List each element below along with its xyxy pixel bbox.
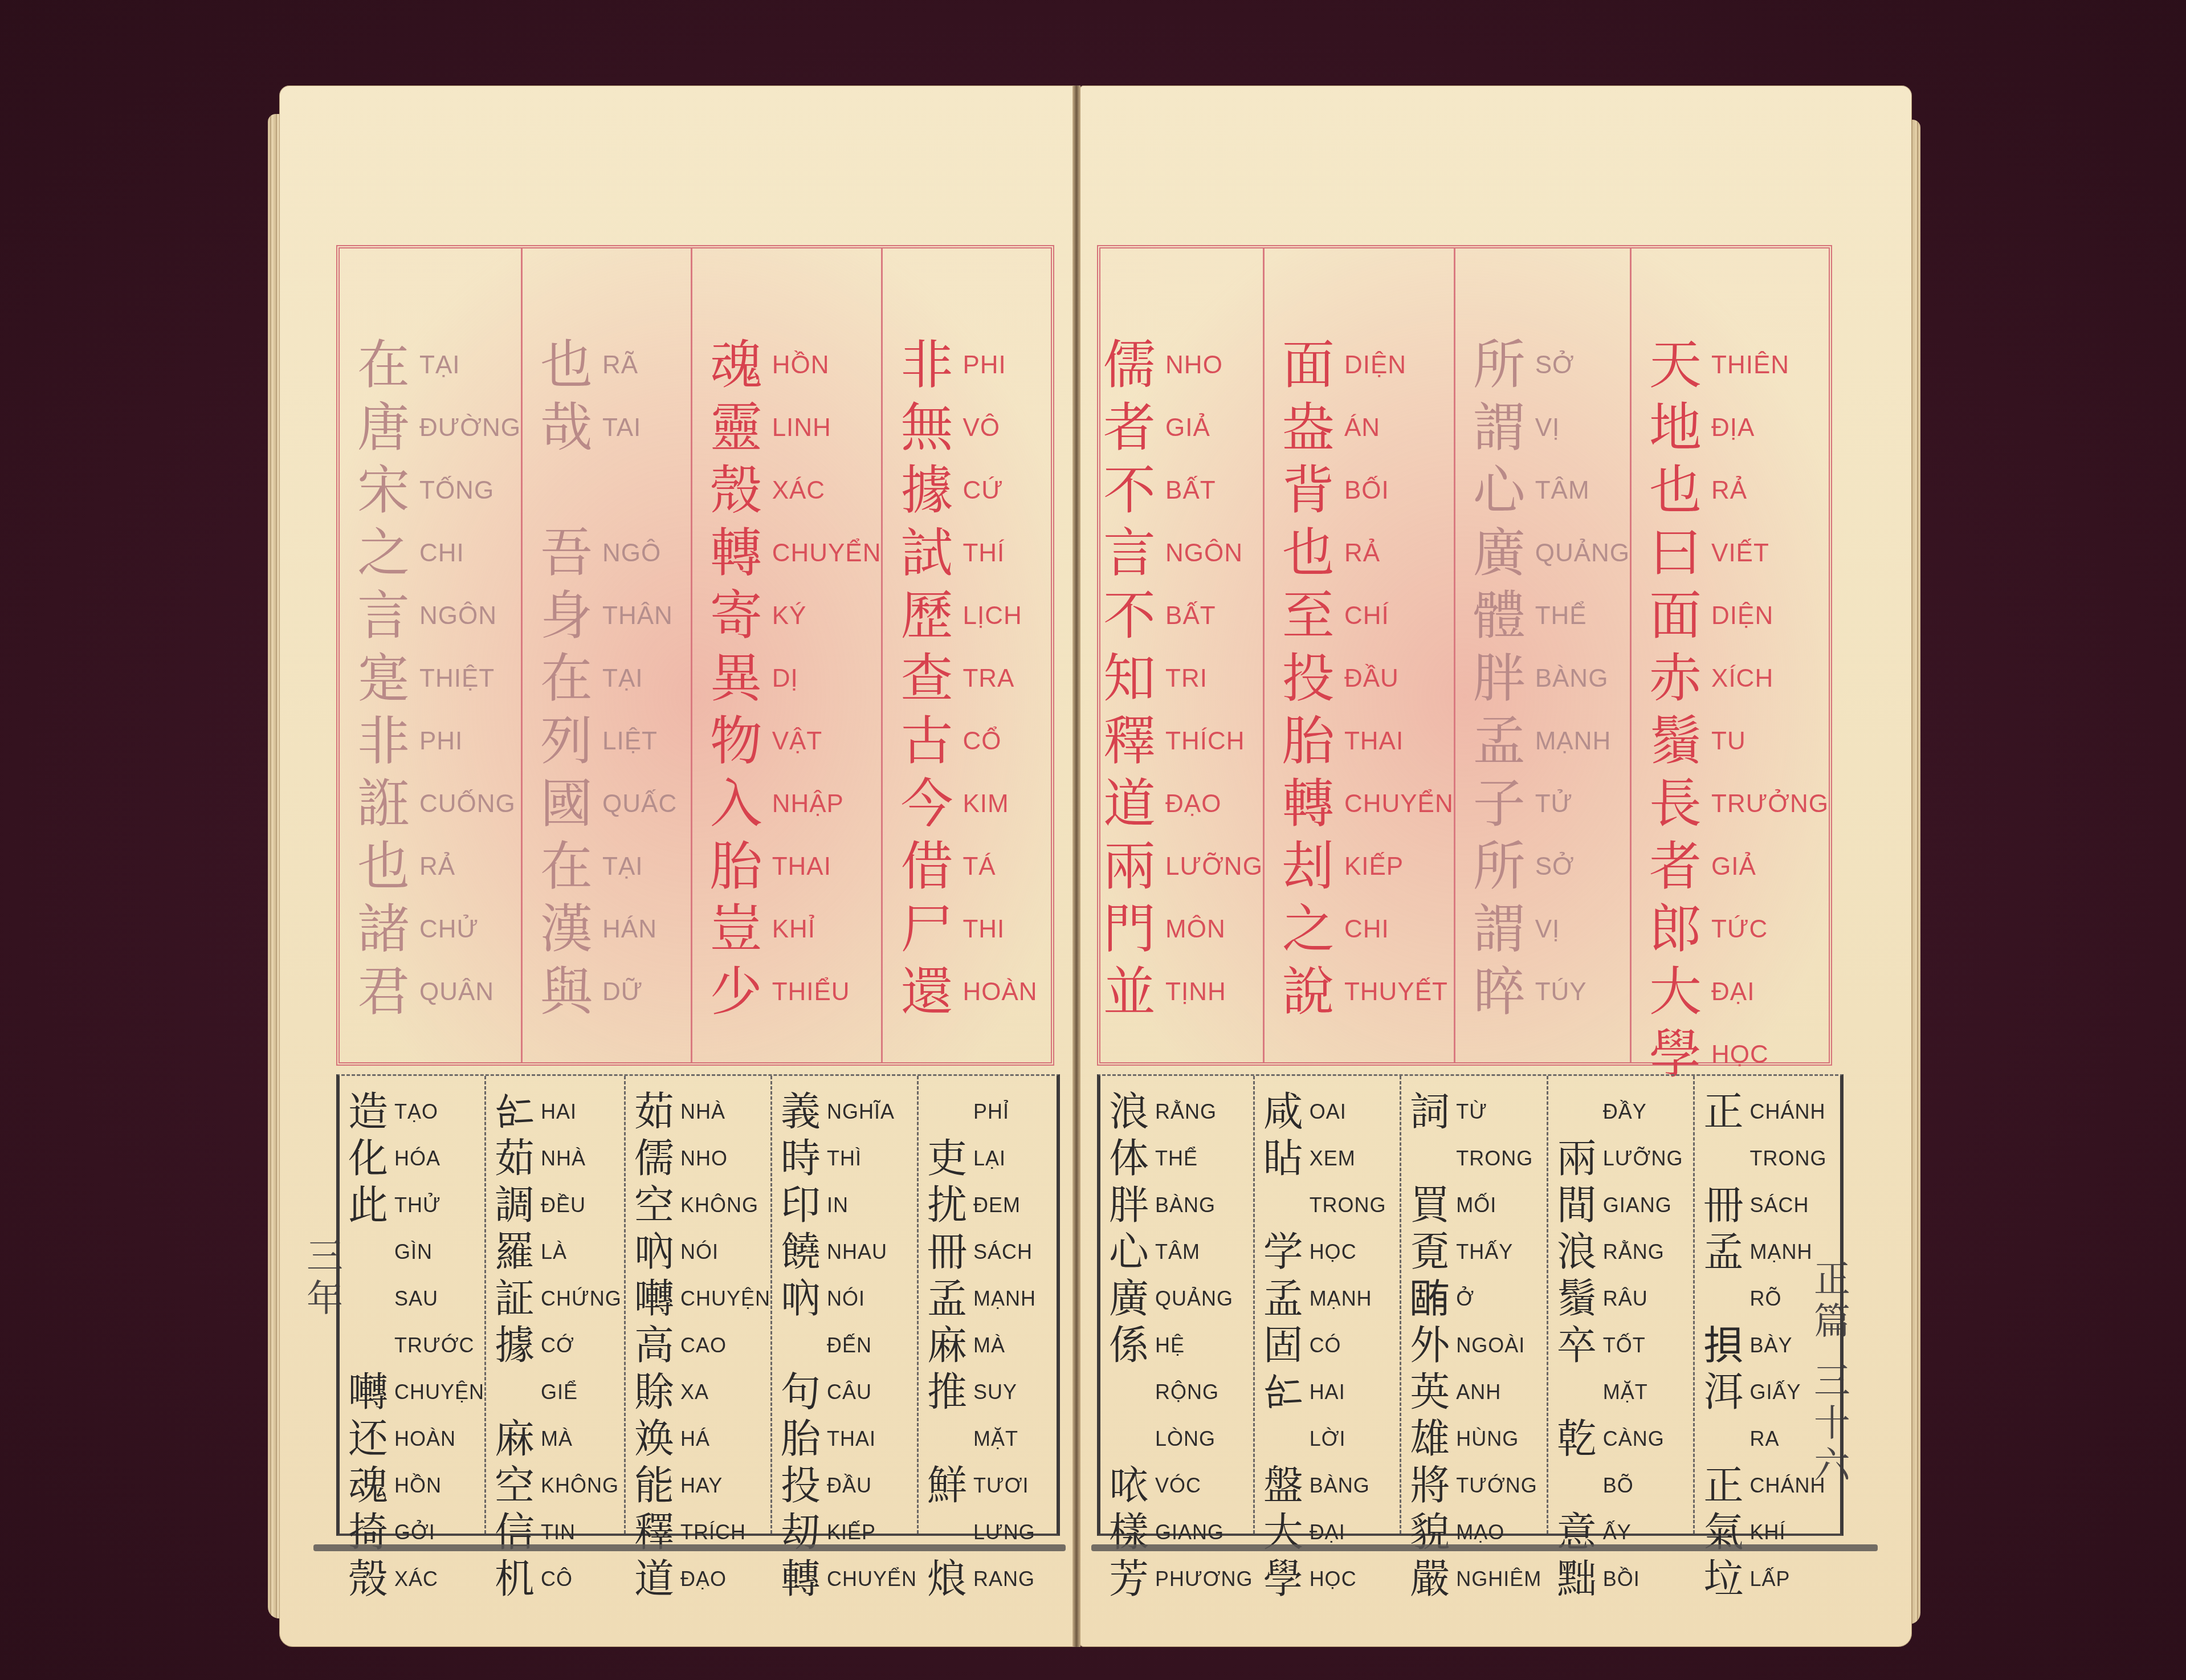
han-character: 盎	[1277, 402, 1340, 454]
left-lower-columns: 𦘺PHỈ吏LẠI扰ĐEM冊SÁCH孟MẠNH麻MÀ推SUY𩈘MẶT鮮TƯƠI𦝄L…	[340, 1076, 1057, 1534]
vietnamese-reading: VÔ	[963, 414, 1000, 442]
glyph-pair: 浪RẰNG	[1548, 1229, 1694, 1275]
vietnamese-reading: RÂU	[1603, 1287, 1648, 1311]
vietnamese-reading: TRƯỞNG	[1711, 790, 1829, 818]
vietnamese-reading: RANG	[973, 1567, 1035, 1591]
han-character: 𠚢	[1699, 1419, 1747, 1459]
vietnamese-reading: ĐẠI	[1711, 978, 1755, 1006]
glyph-pair: 與DỮ	[523, 961, 691, 1024]
glyph-pair: 靈LINH	[692, 397, 882, 459]
vietnamese-reading: OAI	[1310, 1100, 1347, 1124]
glyph-pair: 道ĐẠO	[1086, 773, 1263, 835]
vietnamese-reading: XÁC	[772, 476, 825, 505]
glyph-pair: 盤BÀNG	[1255, 1462, 1400, 1509]
vietnamese-reading: THÂN	[602, 602, 673, 630]
left-page: 三年 非PHI無VÔ據CỨ試THÍ歷LỊCH查TRA古CỔ今KIM借TÁ尸THI…	[279, 85, 1077, 1647]
vietnamese-reading: TRƯỚC	[394, 1334, 475, 1357]
han-character: 空	[491, 1466, 539, 1506]
han-character: 䀡	[1259, 1139, 1307, 1179]
vietnamese-reading: ĐẠI	[1310, 1520, 1345, 1544]
vietnamese-reading: LƯỠNG	[1165, 853, 1263, 881]
han-character: 𠲖	[1105, 1466, 1153, 1506]
vietnamese-reading: QUÂN	[419, 978, 494, 1006]
han-character: 還	[895, 966, 958, 1018]
han-character: 不	[1098, 590, 1161, 642]
vietnamese-reading: CÀNG	[1603, 1427, 1665, 1451]
glyph-pair: 廣QUẢNG	[1455, 522, 1630, 585]
left-upper-section: 非PHI無VÔ據CỨ試THÍ歷LỊCH查TRA古CỔ今KIM借TÁ尸THI還HO…	[336, 245, 1054, 1066]
vietnamese-reading: QUẤC	[602, 790, 677, 818]
vietnamese-reading: LỊCH	[963, 602, 1022, 630]
vietnamese-reading: KHÔNG	[541, 1474, 619, 1498]
vietnamese-reading: NGOÀI	[1456, 1334, 1525, 1357]
han-character: 物	[705, 715, 768, 768]
han-character: 咸	[1259, 1092, 1307, 1132]
vietnamese-reading: CHỨNG	[541, 1287, 622, 1311]
han-character: 冊	[923, 1232, 971, 1272]
glyph-pair: 無VÔ	[883, 397, 1051, 459]
han-character: 無	[895, 402, 958, 454]
right-upper-columns: 天THIÊN地ĐỊA也RẢ曰VIẾT面DIỆN赤XÍCH鬚TU長TRƯỞNG者G…	[1100, 248, 1829, 1062]
glyph-pair: 𦖑GÌN	[340, 1229, 484, 1275]
han-character: 者	[1098, 402, 1161, 454]
glyph-pair: 將TƯỚNG	[1401, 1462, 1547, 1509]
han-character: 𩈘	[1553, 1372, 1601, 1412]
glyph-pair: 此THỬ	[340, 1182, 484, 1229]
vietnamese-reading: CÂU	[827, 1380, 872, 1404]
glyph-pair: 列LIỆT	[523, 710, 691, 773]
glyph-pair: 正CHÁNH	[1695, 1088, 1840, 1135]
vietnamese-reading: LINH	[772, 414, 831, 442]
vietnamese-reading: TIN	[541, 1520, 576, 1544]
glyph-pair: 𦘺PHỈ	[919, 1088, 1057, 1135]
vietnamese-reading: LỜI	[1310, 1427, 1346, 1451]
vietnamese-reading: HÓA	[394, 1147, 441, 1171]
vietnamese-reading: MẶT	[973, 1427, 1018, 1451]
glyph-pair: 面DIỆN	[1632, 585, 1829, 647]
han-character: 體	[1468, 590, 1531, 642]
vietnamese-reading: NHO	[680, 1147, 728, 1171]
glyph-pair: 試THÍ	[883, 522, 1051, 585]
vietnamese-reading: PHỈ	[973, 1100, 1009, 1124]
han-character: 查	[895, 653, 958, 705]
han-character: 所	[1468, 841, 1531, 893]
glyph-pair: 𠄩HAI	[1255, 1369, 1400, 1416]
han-character: 國	[535, 778, 598, 830]
vietnamese-reading: TỨC	[1711, 915, 1768, 944]
vietnamese-reading: THÍ	[963, 539, 1005, 568]
glyph-pair: 嚴NGHIÊM	[1401, 1556, 1547, 1602]
vietnamese-reading: ẤY	[1603, 1520, 1632, 1544]
text-column: 咸OAI䀡XEM𥪞TRONG学HỌC孟MẠNH固CÓ𠄩HAI𡅳LỜI盤BÀNG大…	[1253, 1076, 1400, 1534]
han-character: 茹	[630, 1092, 678, 1132]
han-character: 𨎟	[344, 1326, 392, 1365]
glyph-pair: 不BẤT	[1086, 459, 1263, 522]
vietnamese-reading: RÕ	[1749, 1287, 1781, 1311]
glyph-pair: 孟MẠNH	[1695, 1229, 1840, 1275]
vietnamese-reading: KIẾP	[1344, 853, 1404, 881]
glyph-pair: 冊SÁCH	[919, 1229, 1057, 1275]
glyph-pair: 並TỊNH	[1086, 961, 1263, 1024]
glyph-pair: 長TRƯỞNG	[1632, 773, 1829, 835]
han-character: 胖	[1105, 1185, 1153, 1225]
han-character: 寔	[352, 653, 415, 705]
han-character: 鬚	[1553, 1279, 1601, 1319]
han-character: 詞	[1406, 1092, 1454, 1132]
vietnamese-reading: BÀY	[1749, 1334, 1792, 1357]
glyph-pair: 豈KHỈ	[692, 898, 882, 961]
vietnamese-reading: RẢ	[419, 853, 455, 881]
han-character: 尸	[895, 903, 958, 956]
han-character: 睟	[1468, 966, 1531, 1018]
glyph-pair: 卒TỐT	[1548, 1322, 1694, 1369]
vietnamese-reading: CỔ	[963, 727, 1001, 756]
han-character: 之	[1277, 903, 1340, 956]
glyph-pair: 𨎟TRƯỚC	[340, 1322, 484, 1369]
glyph-pair: 𣎏Ở	[1401, 1275, 1547, 1322]
text-column: 面DIỆN盎ÁN背BỐI也RẢ至CHÍ投ĐẦU胎THAI轉CHUYỂN刦KIẾP…	[1263, 248, 1454, 1062]
glyph-pair: 麻MÀ	[919, 1322, 1057, 1369]
glyph-pair: 謂VỊ	[1455, 397, 1630, 459]
vietnamese-reading: LẤP	[1749, 1567, 1790, 1591]
han-character: 孟	[923, 1279, 971, 1319]
vietnamese-reading: DỮ	[602, 978, 643, 1006]
vietnamese-reading: VÓC	[1155, 1474, 1201, 1498]
han-character: 𦘺	[923, 1092, 971, 1132]
glyph-pair: 查TRA	[883, 647, 1051, 710]
glyph-pair: 據CỨ	[883, 459, 1051, 522]
vietnamese-reading: BÀNG	[1155, 1193, 1216, 1217]
glyph-pair: 鬚TU	[1632, 710, 1829, 773]
glyph-pair: 者GIẢ	[1632, 835, 1829, 898]
glyph-pair: 𡅳LỜI	[1255, 1416, 1400, 1462]
glyph-pair: 釋THÍCH	[1086, 710, 1263, 773]
han-character: 孟	[1259, 1279, 1307, 1319]
glyph-pair: 英ANH	[1401, 1369, 1547, 1416]
glyph-pair: 學HỌC	[1255, 1556, 1400, 1602]
glyph-pair: 間GIANG	[1548, 1182, 1694, 1229]
vietnamese-reading: HỌC	[1310, 1240, 1357, 1264]
han-character: 此	[344, 1185, 392, 1225]
han-character: 造	[344, 1092, 392, 1132]
glyph-pair: 在TẠI	[523, 835, 691, 898]
right-bottom-rule	[1091, 1544, 1878, 1551]
vietnamese-reading: ĐƯỜNG	[419, 414, 521, 442]
glyph-pair: 之CHI	[340, 522, 521, 585]
han-character: 𤈜	[1699, 1279, 1747, 1319]
glyph-pair: 㪱HÁ	[626, 1416, 770, 1462]
han-character: 正	[1699, 1092, 1747, 1132]
han-character: 諸	[352, 903, 415, 956]
vietnamese-reading: CHỬ	[419, 915, 479, 944]
han-character: 也	[1644, 464, 1707, 517]
glyph-pair: 說THUYẾT	[1265, 961, 1454, 1024]
glyph-pair: 言NGÔN	[1086, 522, 1263, 585]
vietnamese-reading: ĐẾN	[827, 1334, 872, 1357]
vietnamese-reading: XÁC	[394, 1567, 438, 1591]
glyph-pair: 𡨌GIỂ	[486, 1369, 624, 1416]
han-character: 道	[630, 1559, 678, 1599]
glyph-pair: 吶NÓI	[626, 1229, 770, 1275]
glyph-pair: 尸THI	[883, 898, 1051, 961]
vietnamese-reading: SỞ	[1535, 853, 1575, 881]
vietnamese-reading: RỘNG	[1155, 1380, 1219, 1404]
glyph-pair: 少THIỂU	[692, 961, 882, 1024]
vietnamese-reading: BẤT	[1165, 476, 1216, 505]
vietnamese-reading: SAU	[394, 1287, 438, 1311]
han-character: 少	[705, 966, 768, 1018]
han-character: 𡨌	[491, 1372, 539, 1412]
glyph-pair: 兩LƯỠNG	[1548, 1135, 1694, 1182]
han-character: 誑	[352, 778, 415, 830]
glyph-pair: 投ĐẦU	[772, 1462, 917, 1509]
han-character: 言	[1098, 527, 1161, 580]
han-character: 廣	[1468, 527, 1531, 580]
han-character: 今	[895, 778, 958, 830]
glyph-pair: 調ĐỀU	[486, 1182, 624, 1229]
vietnamese-reading: MỐI	[1456, 1193, 1496, 1217]
han-character: 入	[705, 778, 768, 830]
vietnamese-reading: Ở	[1456, 1287, 1474, 1311]
vietnamese-reading: ĐỊA	[1711, 414, 1755, 442]
glyph-pair: 黜BỒI	[1548, 1556, 1694, 1602]
vietnamese-reading: ĐEM	[973, 1193, 1021, 1217]
vietnamese-reading: MẠNH	[1535, 727, 1612, 756]
vietnamese-reading: PHI	[419, 727, 463, 756]
han-character: 背	[1277, 464, 1340, 517]
han-character: 吾	[535, 527, 598, 580]
han-character: 扰	[923, 1185, 971, 1225]
glyph-pair: 句CÂU	[772, 1369, 917, 1416]
vietnamese-reading: ĐẠO	[680, 1567, 727, 1591]
han-character: 胎	[777, 1419, 825, 1459]
vietnamese-reading: THAI	[772, 853, 831, 881]
glyph-pair: 垃LẤP	[1695, 1556, 1840, 1602]
han-character: 列	[535, 715, 598, 768]
vietnamese-reading: XÍCH	[1711, 664, 1773, 693]
han-character: 𦁼	[1553, 1466, 1601, 1506]
glyph-pair: 固CÓ	[1255, 1322, 1400, 1369]
vietnamese-reading: MÀ	[541, 1427, 573, 1451]
glyph-pair: 麻MÀ	[486, 1416, 624, 1462]
vietnamese-reading: XEM	[1310, 1147, 1356, 1171]
vietnamese-reading: VẬT	[772, 727, 823, 756]
glyph-pair: 学HỌC	[1255, 1229, 1400, 1275]
glyph-pair: 賖XA	[626, 1369, 770, 1416]
han-character: 𢌌	[1105, 1372, 1153, 1412]
han-character: 浪	[1553, 1232, 1601, 1272]
vietnamese-reading: THI	[963, 915, 1005, 944]
vietnamese-reading: SÁCH	[1749, 1193, 1809, 1217]
vietnamese-reading: MẶT	[1603, 1380, 1648, 1404]
glyph-pair: 體THỂ	[1455, 585, 1630, 647]
vietnamese-reading: TRI	[1165, 664, 1208, 693]
left-bottom-rule	[313, 1544, 1066, 1551]
text-column: 非PHI無VÔ據CỨ試THÍ歷LỊCH查TRA古CỔ今KIM借TÁ尸THI還HO…	[881, 248, 1051, 1062]
han-character: 說	[1277, 966, 1340, 1018]
glyph-pair: 烺RANG	[919, 1556, 1057, 1602]
han-character: 在	[535, 653, 598, 705]
glyph-pair: 儒NHO	[1086, 334, 1263, 397]
glyph-pair: 赤XÍCH	[1632, 647, 1829, 710]
han-character: 心	[1468, 464, 1531, 517]
glyph-pair: 寔THIỆT	[340, 647, 521, 710]
glyph-pair: 𠚢RA	[1695, 1416, 1840, 1462]
han-character: 句	[777, 1372, 825, 1412]
glyph-pair: 魂HỒN	[692, 334, 882, 397]
vietnamese-reading: HÁN	[602, 915, 657, 944]
vietnamese-reading: NGÔ	[602, 539, 661, 568]
han-character: 𦤾	[777, 1326, 825, 1365]
vietnamese-reading: KÝ	[772, 602, 807, 630]
vietnamese-reading: ĐẠO	[1165, 790, 1221, 818]
han-character: 之	[352, 527, 415, 580]
vietnamese-reading: THÍCH	[1165, 727, 1245, 756]
vietnamese-reading: LÒNG	[1155, 1427, 1216, 1451]
vietnamese-reading: CAO	[680, 1334, 727, 1357]
glyph-pair: 刦KIẾP	[1265, 835, 1454, 898]
vietnamese-reading: KHỈ	[772, 915, 815, 944]
vietnamese-reading: HỒN	[394, 1474, 442, 1498]
han-character: 𠄩	[491, 1092, 539, 1132]
vietnamese-reading: GỞI	[394, 1520, 435, 1544]
glyph-pair: 空KHÔNG	[486, 1462, 624, 1509]
han-character: 試	[895, 527, 958, 580]
left-lower-section: 𦘺PHỈ吏LẠI扰ĐEM冊SÁCH孟MẠNH麻MÀ推SUY𩈘MẶT鮮TƯƠI𦝄L…	[336, 1074, 1060, 1536]
vietnamese-reading: BỒI	[1603, 1567, 1640, 1591]
han-character: 非	[352, 715, 415, 768]
han-character: 𥪞	[1406, 1139, 1454, 1179]
vietnamese-reading: CHUYỂN	[1344, 790, 1454, 818]
vietnamese-reading: HÁ	[680, 1427, 710, 1451]
vietnamese-reading: TRONG	[1749, 1147, 1826, 1171]
vietnamese-reading: SUY	[973, 1380, 1017, 1404]
vietnamese-reading: TÂM	[1535, 476, 1590, 505]
vietnamese-reading: VIẾT	[1711, 539, 1769, 568]
glyph-pair: 鬚RÂU	[1548, 1275, 1694, 1322]
glyph-pair: 物VẬT	[692, 710, 882, 773]
glyph-pair: 胎THAI	[772, 1416, 917, 1462]
glyph-pair: 子TỬ	[1455, 773, 1630, 835]
right-page: 正篇 三十六 天THIÊN地ĐỊA也RẢ曰VIẾT面DIỆN赤XÍCH鬚TU長T…	[1080, 85, 1912, 1647]
han-character: 囀	[344, 1372, 392, 1412]
han-character: 間	[1553, 1185, 1601, 1225]
vietnamese-reading: CỚ	[541, 1334, 574, 1357]
vietnamese-reading: THỂ	[1155, 1147, 1198, 1171]
glyph-pair: 地ĐỊA	[1632, 397, 1829, 459]
han-character: 言	[352, 590, 415, 642]
han-character: 寄	[705, 590, 768, 642]
han-character: 地	[1644, 402, 1707, 454]
han-character: 赤	[1644, 653, 1707, 705]
han-character: 子	[1468, 778, 1531, 830]
vietnamese-reading: TƯỚNG	[1456, 1474, 1537, 1498]
han-character: 洱	[1699, 1372, 1747, 1412]
vietnamese-reading: LƯNG	[973, 1520, 1035, 1544]
vietnamese-reading: ĐỀU	[541, 1193, 586, 1217]
glyph-pair: 唐ĐƯỜNG	[340, 397, 521, 459]
han-character: 宋	[352, 464, 415, 517]
text-column: 茹NHÀ儒NHO空KHÔNG吶NÓI囀CHUYỆN高CAO賖XA㪱HÁ能HAY釋…	[624, 1076, 770, 1534]
vietnamese-reading: HAI	[1310, 1380, 1345, 1404]
han-character: 道	[1098, 778, 1161, 830]
han-character: 時	[777, 1139, 825, 1179]
glyph-pair: 者GIẢ	[1086, 397, 1263, 459]
han-character: 儒	[1098, 339, 1161, 392]
glyph-pair: 時THÌ	[772, 1135, 917, 1182]
glyph-pair: 饒NHAU	[772, 1229, 917, 1275]
vietnamese-reading: DỊ	[772, 664, 798, 693]
vietnamese-reading: KIẾP	[827, 1520, 876, 1544]
glyph-pair: 正CHÁNH	[1695, 1462, 1840, 1509]
glyph-pair: 扰ĐEM	[919, 1182, 1057, 1229]
glyph-pair: 証CHỨNG	[486, 1275, 624, 1322]
vietnamese-reading: MẠNH	[1749, 1240, 1812, 1264]
glyph-pair: 咸OAI	[1255, 1088, 1400, 1135]
han-character: 𠄩	[1259, 1372, 1307, 1412]
vietnamese-reading: NHÀ	[680, 1100, 725, 1124]
han-character: 也	[1277, 527, 1340, 580]
glyph-pair: 君QUÂN	[340, 961, 521, 1024]
vietnamese-reading: TƯƠI	[973, 1474, 1029, 1498]
glyph-pair: 門MÔN	[1086, 898, 1263, 961]
han-character: 鮮	[923, 1466, 971, 1506]
vietnamese-reading: GIANG	[1603, 1193, 1672, 1217]
glyph-pair: 買MỐI	[1401, 1182, 1547, 1229]
vietnamese-reading: RẰNG	[1603, 1240, 1665, 1264]
han-character: 吏	[923, 1139, 971, 1179]
vietnamese-reading: RÃ	[602, 351, 638, 380]
vietnamese-reading: NHO	[1165, 351, 1223, 380]
glyph-pair: 冊SÁCH	[1695, 1182, 1840, 1229]
vietnamese-reading: CHÁNH	[1749, 1474, 1825, 1498]
vietnamese-reading: TU	[1711, 727, 1746, 756]
vietnamese-reading: TÚY	[1535, 978, 1587, 1006]
han-character: 賖	[630, 1372, 678, 1412]
text-column: 𠄩HAI茹NHÀ調ĐỀU羅LÀ証CHỨNG據CỚ𡨌GIỂ麻MÀ空KHÔNG信TI…	[484, 1076, 624, 1534]
glyph-pair: 殼XÁC	[692, 459, 882, 522]
vietnamese-reading: TÁ	[963, 853, 996, 881]
glyph-pair: 身THÂN	[523, 585, 691, 647]
text-column: 所SỞ謂VỊ心TÂM廣QUẢNG體THỂ胖BÀNG孟MẠNH子TỬ所SỞ謂VỊ睟…	[1454, 248, 1630, 1062]
han-character: 盤	[1259, 1466, 1307, 1506]
glyph-pair: 謂VỊ	[1455, 898, 1630, 961]
han-character: 𢚸	[344, 1279, 392, 1319]
han-character: 不	[1098, 464, 1161, 517]
vietnamese-reading: CHUYỆN	[394, 1380, 484, 1404]
glyph-pair: 國QUẤC	[523, 773, 691, 835]
han-character: 嚴	[1406, 1559, 1454, 1599]
glyph-pair: 𤈜RÕ	[1695, 1275, 1840, 1322]
han-character: 曰	[1644, 527, 1707, 580]
vietnamese-reading: NÓI	[827, 1287, 865, 1311]
vietnamese-reading: THÌ	[827, 1147, 862, 1171]
han-character: 至	[1277, 590, 1340, 642]
han-character: 胖	[1468, 653, 1531, 705]
han-character: 兩	[1553, 1139, 1601, 1179]
han-character: 胎	[705, 841, 768, 893]
han-character: 印	[777, 1185, 825, 1225]
han-character: 將	[1406, 1466, 1454, 1506]
han-character: 𩈘	[923, 1419, 971, 1459]
glyph-pair: 洱GIẤY	[1695, 1369, 1840, 1416]
han-character: 高	[630, 1326, 678, 1365]
glyph-pair: 之CHI	[1265, 898, 1454, 961]
han-character: 長	[1644, 778, 1707, 830]
vietnamese-reading: CHUYỆN	[680, 1287, 770, 1311]
glyph-pair: 義NGHĨA	[772, 1088, 917, 1135]
right-lower-columns: 正CHÁNH𥪞TRONG冊SÁCH孟MẠNH𤈜RÕ𢭲BÀY洱GIẤY𠚢RA正CH…	[1100, 1076, 1840, 1534]
